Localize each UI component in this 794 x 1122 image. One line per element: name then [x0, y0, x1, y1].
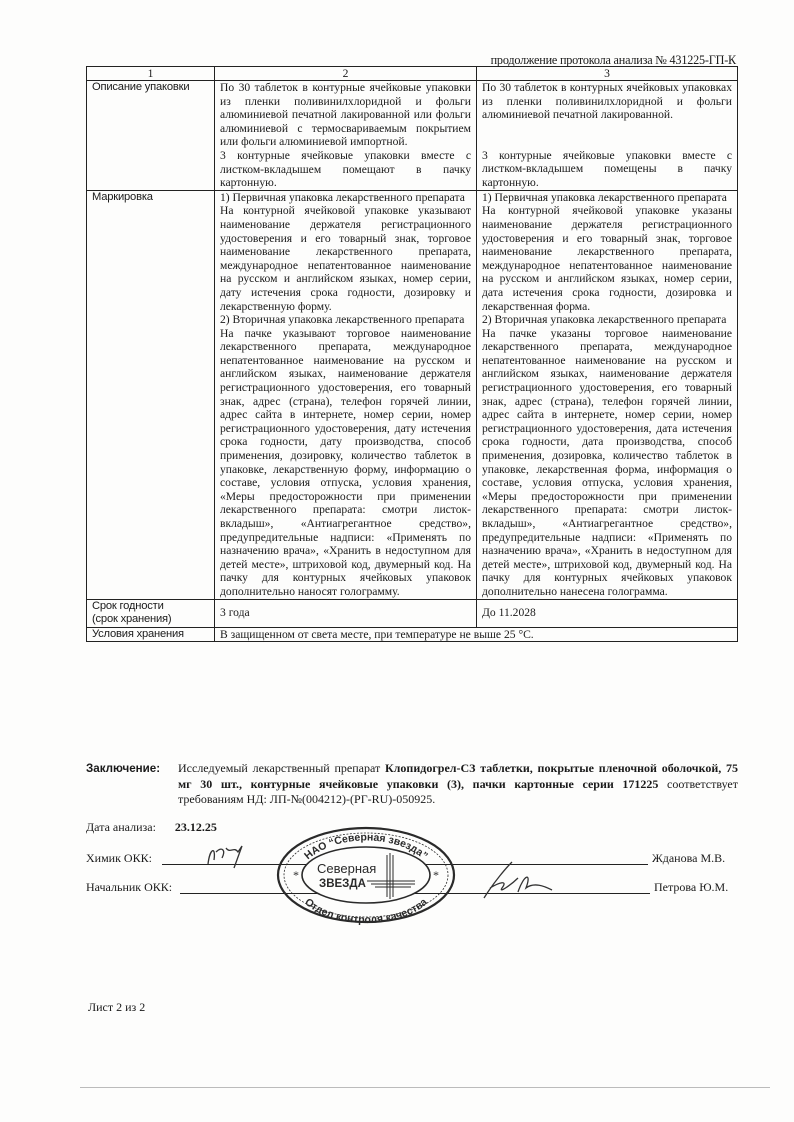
- table-row-storage: Условия хранения В защищенном от света м…: [87, 627, 738, 642]
- spec-cell: 3 года: [215, 599, 477, 627]
- spec-text: 2) Вторичная упаковка лекарственного пре…: [220, 313, 471, 327]
- conclusion-text: Исследуемый лекарственный препарат Клопи…: [178, 761, 738, 808]
- table-header-row: 1 2 3: [87, 67, 738, 81]
- spec-text: 1) Первичная упаковка лекарственного пре…: [220, 191, 471, 205]
- signature-scribble-icon: [200, 842, 260, 872]
- spec-cell: По 30 таблеток в контурные ячейковые упа…: [215, 81, 477, 191]
- conclusion-label: Заключение:: [86, 761, 160, 777]
- conclusion: Заключение: Исследуемый лекарственный пр…: [86, 761, 738, 808]
- result-text: На пачке указаны торговое наименование л…: [482, 327, 732, 599]
- protocol-page: продолжение протокола анализа № 431225-Г…: [0, 0, 794, 1122]
- result-text: На контурной ячейковой упаковке указаны …: [482, 204, 732, 313]
- conclusion-text-pre: Исследуемый лекарственный препарат: [178, 761, 385, 775]
- spec-text: 3 контурные ячейковые упаковки вместе с …: [220, 149, 471, 190]
- spec-cell: 1) Первичная упаковка лекарственного пре…: [215, 190, 477, 599]
- result-cell: До 11.2028: [477, 599, 738, 627]
- table-row-shelf-life: Срок годности (срок хранения) 3 года До …: [87, 599, 738, 627]
- spec-text: На пачке указывают торговое наименование…: [220, 327, 471, 599]
- analysis-date-value: 23.12.25: [175, 820, 217, 834]
- spec-text: По 30 таблеток в контурные ячейковые упа…: [220, 81, 471, 149]
- signature-chemist-label: Химик ОКК:: [86, 851, 152, 866]
- signature-head-label: Начальник ОКК:: [86, 880, 172, 895]
- column-header: 3: [477, 67, 738, 81]
- merged-cell: В защищенном от света месте, при темпера…: [215, 627, 738, 642]
- svg-text:*: *: [293, 868, 299, 882]
- page-bottom-rule: [80, 1087, 770, 1088]
- result-text: По 30 таблеток в контурных ячейковых упа…: [482, 81, 732, 122]
- signature-scribble-icon: [478, 858, 558, 900]
- company-stamp-icon: НАО “Северная звезда” Отдел контроля кач…: [275, 825, 457, 925]
- row-label: Условия хранения: [87, 627, 215, 642]
- sheet-number: Лист 2 из 2: [88, 1000, 145, 1015]
- result-text: 2) Вторичная упаковка лекарственного пре…: [482, 313, 732, 327]
- result-cell: По 30 таблеток в контурных ячейковых упа…: [477, 81, 738, 191]
- analysis-date: Дата анализа: 23.12.25: [86, 820, 217, 835]
- signature-head-name: Петрова Ю.М.: [654, 880, 728, 895]
- svg-text:ЗВЕЗДА: ЗВЕЗДА: [319, 878, 366, 890]
- signature-chemist-name: Жданова М.В.: [652, 851, 725, 866]
- result-cell: 1) Первичная упаковка лекарственного пре…: [477, 190, 738, 599]
- table-row-packaging: Описание упаковки По 30 таблеток в конту…: [87, 81, 738, 191]
- row-label-line: (срок хранения): [92, 613, 209, 627]
- table-row-marking: Маркировка 1) Первичная упаковка лекарст…: [87, 190, 738, 599]
- row-label-line: Срок годности: [92, 600, 209, 614]
- column-header: 1: [87, 67, 215, 81]
- result-text: 3 контурные ячейковые упаковки вместе с …: [482, 149, 732, 190]
- svg-text:Северная: Северная: [317, 861, 376, 876]
- row-label: Срок годности (срок хранения): [87, 599, 215, 627]
- column-header: 2: [215, 67, 477, 81]
- row-label: Маркировка: [87, 190, 215, 599]
- spec-text: На контурной ячейковой упаковке указываю…: [220, 204, 471, 313]
- protocol-table: 1 2 3 Описание упаковки По 30 таблеток в…: [86, 66, 738, 642]
- svg-text:*: *: [433, 868, 439, 882]
- analysis-date-label: Дата анализа:: [86, 820, 156, 834]
- result-text: 1) Первичная упаковка лекарственного пре…: [482, 191, 732, 205]
- row-label: Описание упаковки: [87, 81, 215, 191]
